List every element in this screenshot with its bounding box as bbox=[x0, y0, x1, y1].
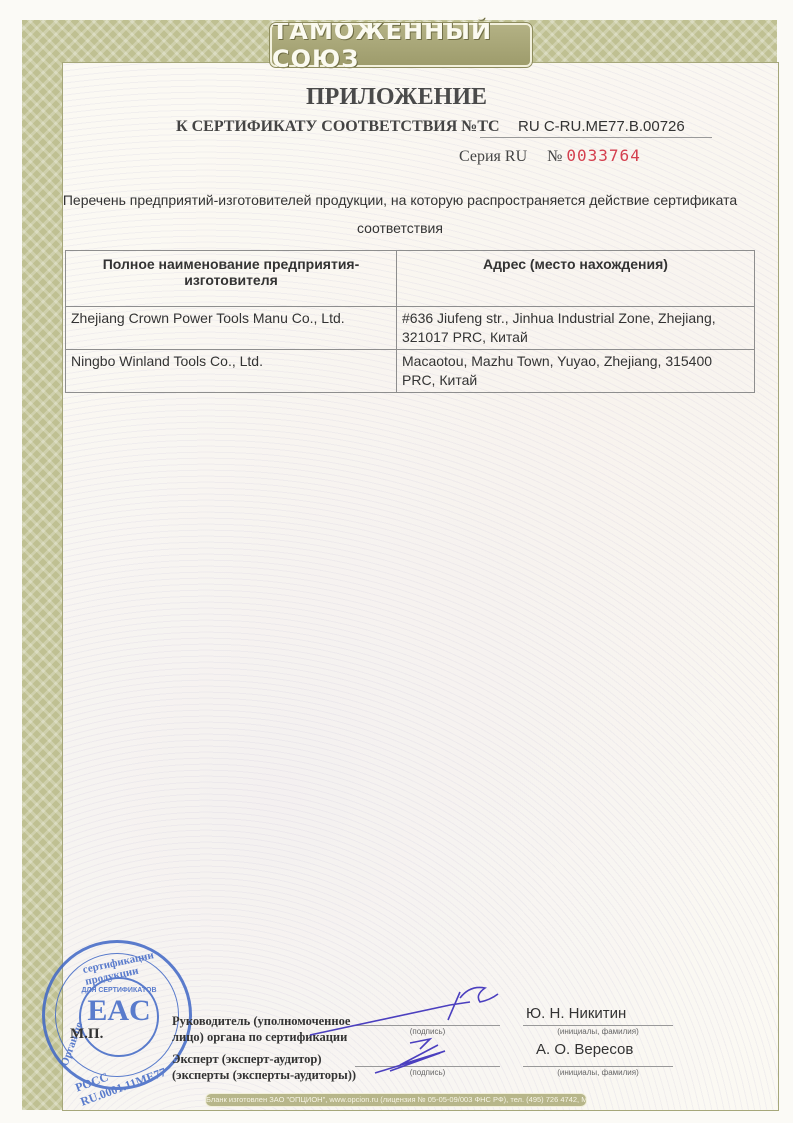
header-address: Адрес (место нахождения) bbox=[397, 251, 755, 307]
expert-label: Эксперт (эксперт-аудитор) (эксперты (экс… bbox=[172, 1051, 356, 1083]
series-number: 0033764 bbox=[566, 146, 640, 165]
table-header-row: Полное наименование предприятия-изготови… bbox=[66, 251, 755, 307]
series-label: Серия RU bbox=[459, 148, 527, 165]
seal-core: ДЛЯ СЕРТИФИКАТОВ EAC bbox=[79, 977, 159, 1057]
certificate-label: К СЕРТИФИКАТУ СООТВЕТСТВИЯ №ТС bbox=[176, 118, 500, 136]
table-row: Zhejiang Crown Power Tools Manu Co., Ltd… bbox=[66, 307, 755, 350]
certificate-number: RU C-RU.ME77.B.00726 bbox=[480, 118, 712, 138]
manufacturer-address: Macaotou, Mazhu Town, Yuyao, Zhejiang, 3… bbox=[397, 350, 755, 393]
eac-seal-stamp: сертификации продукции Орган по РОСС RU.… bbox=[42, 940, 192, 1090]
printer-footer: Бланк изготовлен ЗАО "ОПЦИОН", www.opcio… bbox=[205, 1093, 587, 1107]
eac-mark: EAC bbox=[81, 995, 157, 1027]
expert-signature-scribble bbox=[370, 1035, 480, 1080]
expert-name-line bbox=[523, 1066, 673, 1067]
expert-label-line-1: Эксперт (эксперт-аудитор) bbox=[172, 1051, 356, 1067]
manufacturer-name: Zhejiang Crown Power Tools Manu Co., Ltd… bbox=[66, 307, 397, 350]
head-name-caption: (инициалы, фамилия) bbox=[523, 1027, 673, 1036]
page-title: ПРИЛОЖЕНИЕ bbox=[0, 84, 793, 111]
manufacturer-address: #636 Jiufeng str., Jinhua Industrial Zon… bbox=[397, 307, 755, 350]
manufacturer-name: Ningbo Winland Tools Co., Ltd. bbox=[66, 350, 397, 393]
intro-text: Перечень предприятий-изготовителей проду… bbox=[60, 186, 740, 242]
header-name: Полное наименование предприятия-изготови… bbox=[66, 251, 397, 307]
manufacturers-table: Полное наименование предприятия-изготови… bbox=[65, 250, 755, 393]
expert-name-caption: (инициалы, фамилия) bbox=[523, 1068, 673, 1077]
expert-name: А. О. Вересов bbox=[536, 1041, 633, 1058]
series-line: Серия RU № 0033764 bbox=[459, 146, 641, 166]
series-no-label: № bbox=[547, 148, 562, 165]
expert-label-line-2: (эксперты (эксперты-аудиторы)) bbox=[172, 1067, 356, 1083]
customs-union-banner: ТАМОЖЕННЫЙ СОЮЗ bbox=[270, 23, 532, 67]
head-signature-scribble bbox=[300, 980, 520, 1040]
stamp-place-label: М.П. bbox=[70, 1026, 103, 1043]
head-name-line bbox=[523, 1025, 673, 1026]
table-row: Ningbo Winland Tools Co., Ltd. Macaotou,… bbox=[66, 350, 755, 393]
head-name: Ю. Н. Никитин bbox=[526, 1005, 626, 1022]
